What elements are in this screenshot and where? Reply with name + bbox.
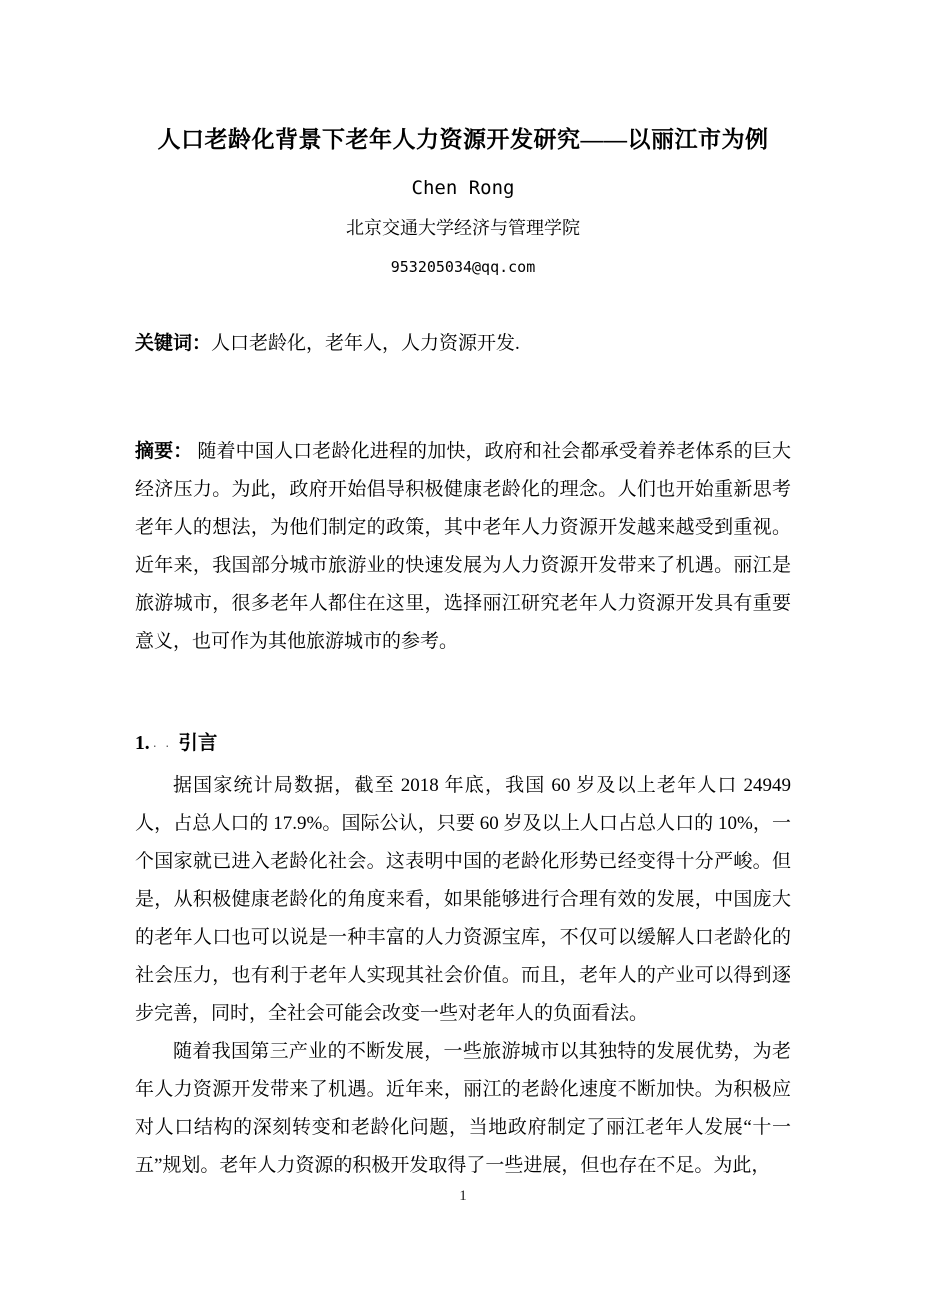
intro-paragraph-1: 据国家统计局数据，截至 2018 年底，我国 60 岁及以上老年人口 24949… xyxy=(135,767,791,1033)
abstract-text: 随着中国人口老龄化进程的加快，政府和社会都承受着养老体系的巨大经济压力。为此，政… xyxy=(135,441,791,652)
author-affiliation: 北京交通大学经济与管理学院 xyxy=(135,216,791,240)
abstract-paragraph: 摘要： 随着中国人口老龄化进程的加快，政府和社会都承受着养老体系的巨大经济压力。… xyxy=(135,433,791,661)
page-number: 1 xyxy=(0,1186,926,1206)
author-email: 953205034@qq.com xyxy=(135,257,791,277)
page-content: 人口老龄化背景下老年人力资源开发研究——以丽江市为例 Chen Rong 北京交… xyxy=(135,0,791,1185)
intro-paragraph-2: 随着我国第三产业的不断发展，一些旅游城市以其独特的发展优势，为老年人力资源开发带… xyxy=(135,1033,791,1185)
section-heading-introduction: 1.. .引言 xyxy=(135,731,791,759)
keywords-label: 关键词： xyxy=(135,333,211,354)
document-page: 人口老龄化背景下老年人力资源开发研究——以丽江市为例 Chen Rong 北京交… xyxy=(0,0,926,1309)
section-number: 1. xyxy=(135,733,150,754)
paper-title: 人口老龄化背景下老年人力资源开发研究——以丽江市为例 xyxy=(135,0,791,156)
abstract-label: 摘要： xyxy=(135,441,192,462)
keywords-line: 关键词：人口老龄化，老年人，人力资源开发. xyxy=(135,329,791,359)
author-name: Chen Rong xyxy=(135,176,791,200)
section-spacer-dots: . . xyxy=(154,731,173,757)
section-title: 引言 xyxy=(178,733,217,754)
keywords-text: 人口老龄化，老年人，人力资源开发. xyxy=(211,333,520,354)
